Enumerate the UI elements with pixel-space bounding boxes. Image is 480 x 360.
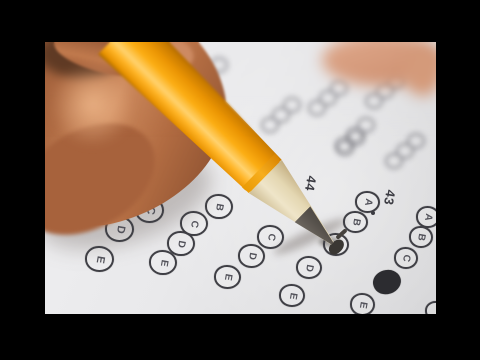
- bubble-letter: B: [213, 202, 224, 211]
- bubble-letter: E: [222, 273, 233, 281]
- bubble-letter: D: [175, 239, 186, 248]
- answer-bubble: B: [205, 194, 233, 219]
- answer-bubble: E: [149, 250, 177, 275]
- ink-dot: [371, 211, 375, 215]
- answer-bubble: E: [85, 246, 114, 272]
- question-number-43: 43: [381, 189, 398, 207]
- answer-sheet-photo: C D E B C D E C D E 44 A B C D E 43 A B …: [45, 42, 436, 314]
- blurred-fingertip: [405, 48, 436, 96]
- partial-bubble: [425, 301, 436, 314]
- bubble-letter: B: [415, 233, 426, 242]
- answer-bubble: A: [416, 206, 436, 228]
- bubble-letter: D: [113, 224, 125, 234]
- bubble-letter: E: [157, 258, 168, 266]
- filled-answer-bubble: [370, 266, 404, 297]
- bubble-letter: E: [286, 291, 297, 299]
- answer-bubble: B: [409, 226, 433, 248]
- bubble-letter: A: [362, 198, 373, 207]
- bubble-letter: E: [93, 254, 105, 263]
- bubble-letter: D: [303, 263, 314, 272]
- bubble-letter: C: [188, 219, 199, 228]
- video-frame: C D E B C D E C D E 44 A B C D E 43 A B …: [0, 0, 480, 360]
- answer-bubble: E: [350, 293, 375, 314]
- bubble-letter: D: [246, 252, 257, 261]
- bubble-letter: C: [265, 233, 276, 242]
- answer-bubble: E: [279, 284, 305, 307]
- bubble-letter: E: [357, 300, 368, 308]
- answer-bubble: A: [355, 191, 380, 213]
- bubble-letter: C: [400, 254, 411, 263]
- bubble-letter: A: [422, 213, 433, 222]
- answer-bubble: C: [394, 247, 418, 269]
- answer-bubble: E: [214, 265, 241, 289]
- answer-bubble: D: [238, 244, 265, 268]
